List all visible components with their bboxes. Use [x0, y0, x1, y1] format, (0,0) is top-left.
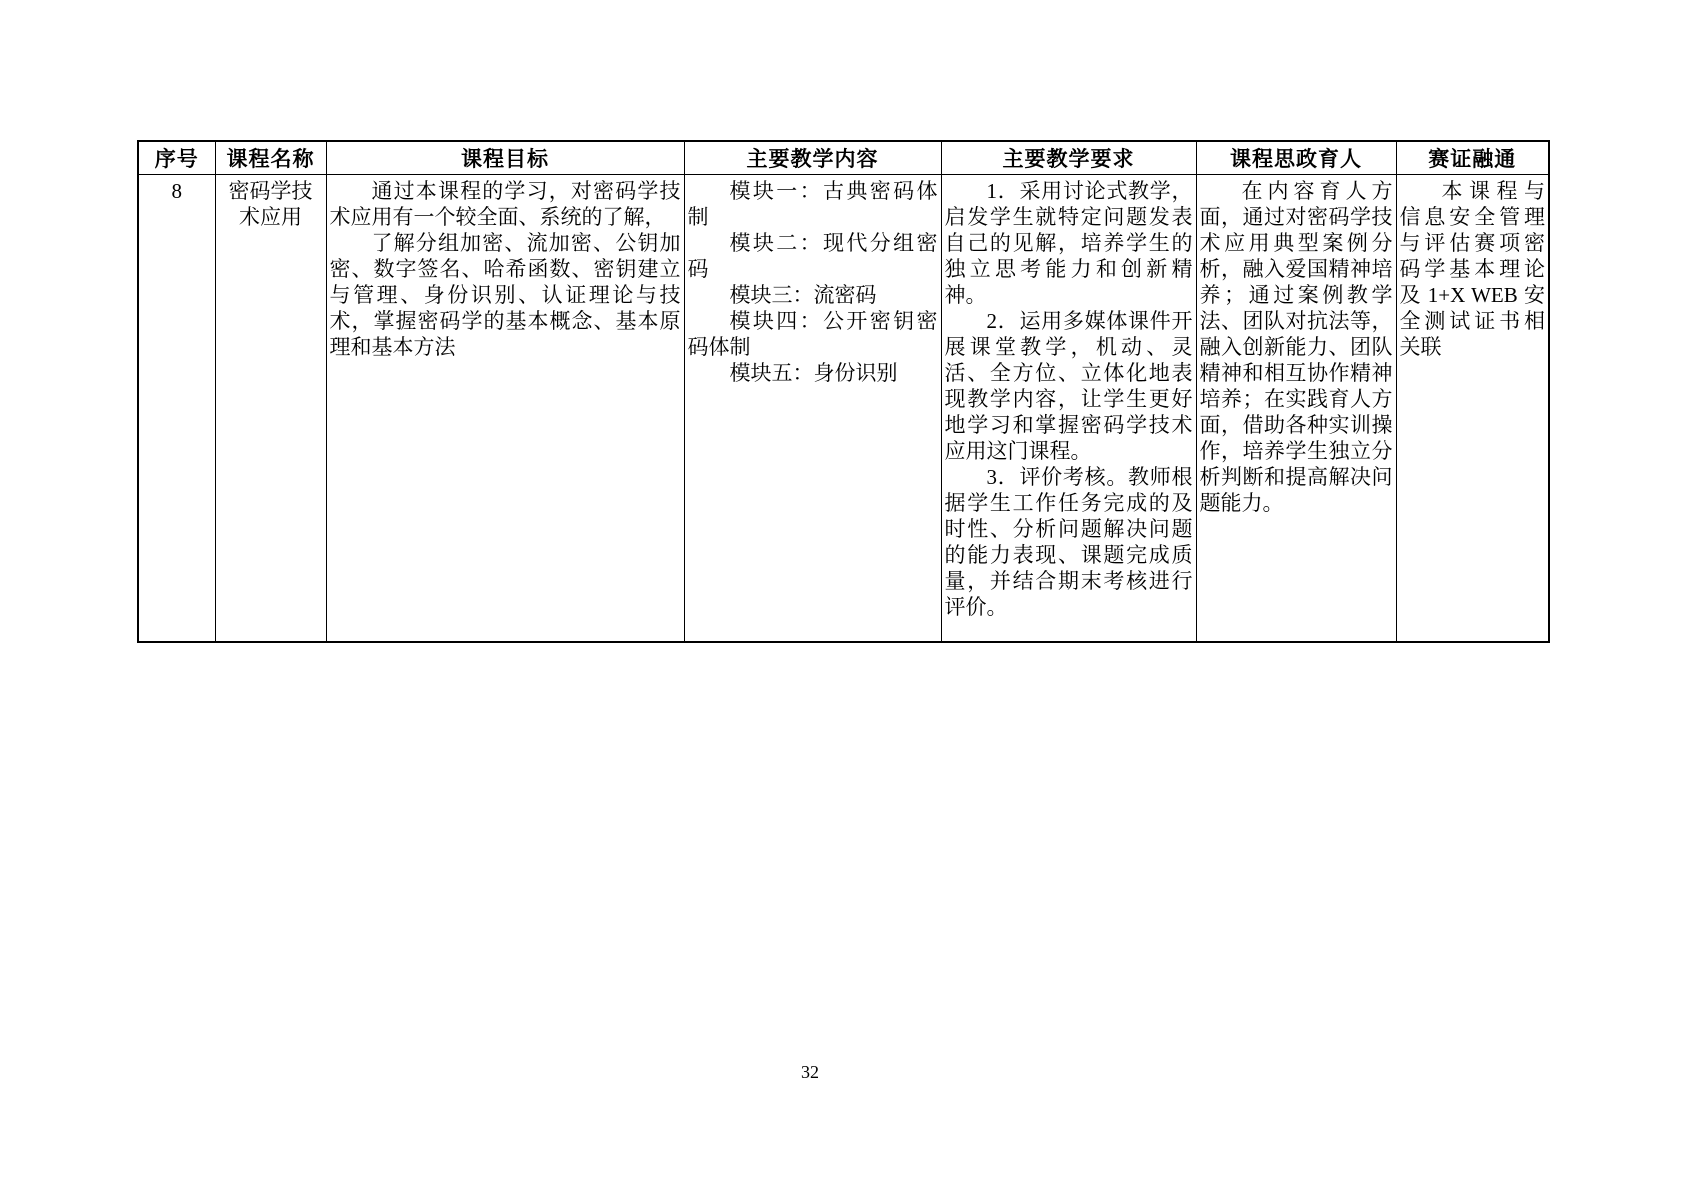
cell-course-objectives: 通过本课程的学习，对密码学技术应用有一个较全面、系统的了解， 了解分组加密、流加… — [326, 175, 684, 642]
header-course-name: 课程名称 — [215, 141, 326, 175]
cell-certification-integration: 本课程与信息安全管理与评估赛项密码学基本理论及 1+X WEB 安全测试证书相关… — [1396, 175, 1549, 642]
requirement-paragraph: 3．评价考核。教师根据学生工作任务完成的及时性、分析问题解决问题的能力表现、课题… — [945, 464, 1193, 620]
table-header-row: 序号 课程名称 课程目标 主要教学内容 主要教学要求 课程思政育人 赛证融通 — [138, 141, 1549, 175]
cell-teaching-content: 模块一：古典密码体制 模块二：现代分组密码 模块三：流密码 模块四：公开密钥密码… — [684, 175, 941, 642]
header-teaching-content: 主要教学内容 — [684, 141, 941, 175]
course-table: 序号 课程名称 课程目标 主要教学内容 主要教学要求 课程思政育人 赛证融通 8… — [137, 140, 1550, 643]
cell-seq-number: 8 — [138, 175, 215, 642]
header-ideology-education: 课程思政育人 — [1196, 141, 1396, 175]
module-item: 模块一：古典密码体制 — [688, 178, 938, 230]
cell-course-name: 密码学技术应用 — [215, 175, 326, 642]
module-item: 模块三：流密码 — [688, 282, 938, 308]
objective-paragraph: 通过本课程的学习，对密码学技术应用有一个较全面、系统的了解， — [330, 178, 681, 230]
header-seq: 序号 — [138, 141, 215, 175]
module-item: 模块四：公开密钥密码体制 — [688, 308, 938, 360]
requirement-paragraph: 1．采用讨论式教学，启发学生就特定问题发表自己的见解，培养学生的独立思考能力和创… — [945, 178, 1193, 308]
certification-paragraph: 本课程与信息安全管理与评估赛项密码学基本理论及 1+X WEB 安全测试证书相关… — [1400, 178, 1546, 360]
objective-paragraph: 了解分组加密、流加密、公钥加密、数字签名、哈希函数、密钥建立与管理、身份识别、认… — [330, 230, 681, 360]
requirement-paragraph: 2．运用多媒体课件开展课堂教学，机动、灵活、全方位、立体化地表现教学内容，让学生… — [945, 308, 1193, 464]
ideology-paragraph: 在内容育人方面，通过对密码学技术应用典型案例分析，融入爱国精神培养；通过案例教学… — [1200, 178, 1393, 516]
header-course-objectives: 课程目标 — [326, 141, 684, 175]
page-number: 32 — [780, 1062, 840, 1083]
module-item: 模块二：现代分组密码 — [688, 230, 938, 282]
document-page: 序号 课程名称 课程目标 主要教学内容 主要教学要求 课程思政育人 赛证融通 8… — [0, 0, 1684, 1191]
header-certification-integration: 赛证融通 — [1396, 141, 1549, 175]
cell-teaching-requirements: 1．采用讨论式教学，启发学生就特定问题发表自己的见解，培养学生的独立思考能力和创… — [941, 175, 1196, 642]
header-teaching-requirements: 主要教学要求 — [941, 141, 1196, 175]
cell-ideology-education: 在内容育人方面，通过对密码学技术应用典型案例分析，融入爱国精神培养；通过案例教学… — [1196, 175, 1396, 642]
module-item: 模块五：身份识别 — [688, 360, 938, 386]
table-row: 8 密码学技术应用 通过本课程的学习，对密码学技术应用有一个较全面、系统的了解，… — [138, 175, 1549, 642]
